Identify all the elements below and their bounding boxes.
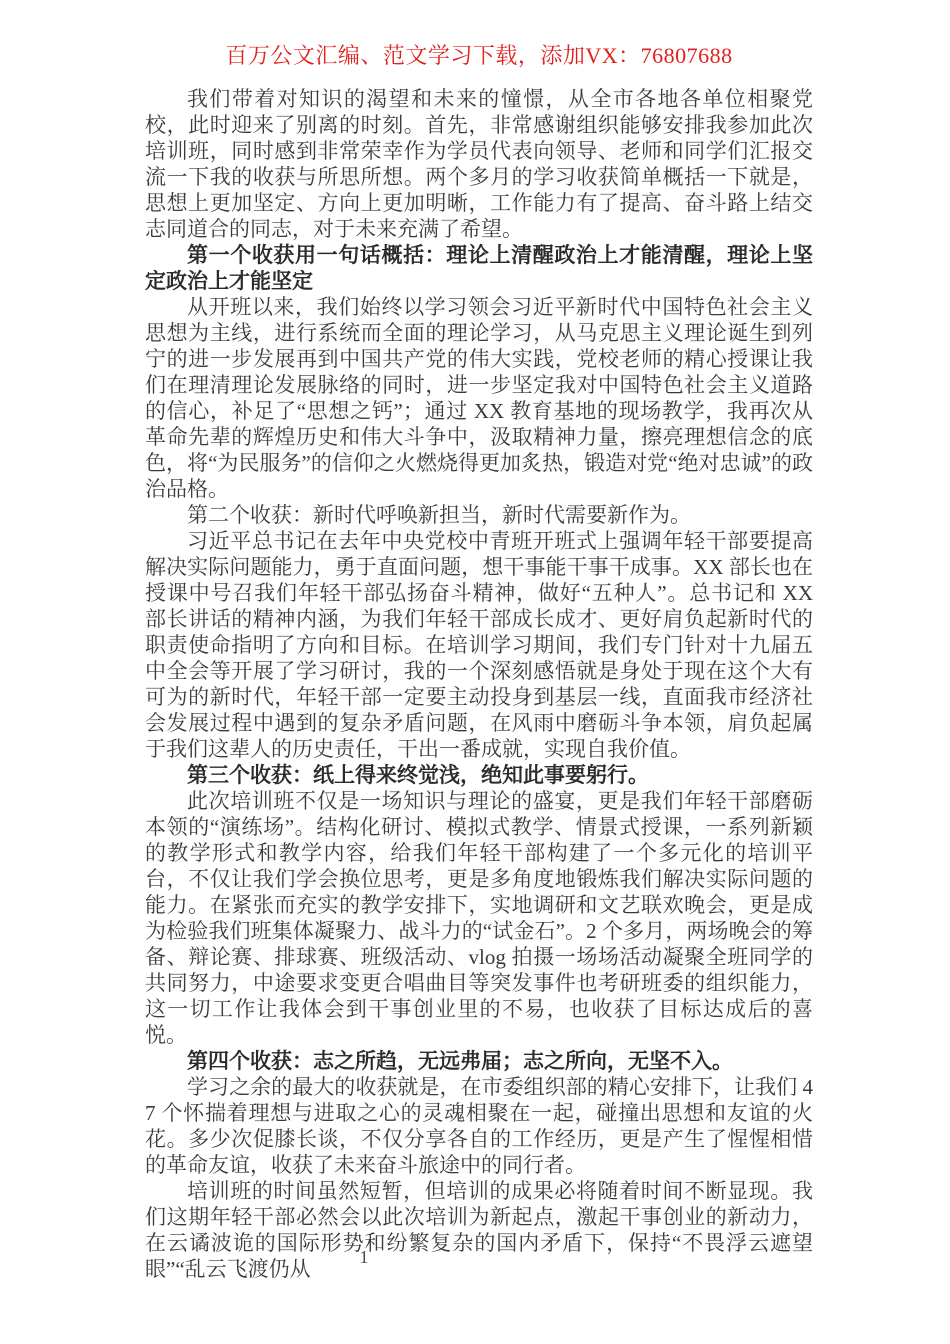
section-heading-first-gain: 第一个收获用一句话概括：理论上清醒政治上才能清醒，理论上坚定政治上才能坚定 (145, 242, 813, 294)
paragraph-theory-study: 从开班以来，我们始终以学习领会习近平新时代中国特色社会主义思想为主线，进行系统而… (145, 294, 813, 502)
paragraph-practice: 此次培训班不仅是一场知识与理论的盛宴，更是我们年轻干部磨砺本领的“演练场”。结构… (145, 788, 813, 1048)
paragraph-intro: 我们带着对知识的渴望和未来的憧憬，从全市各地各单位相聚党校，此时迎来了别离的时刻… (145, 86, 813, 242)
section-heading-fourth-gain: 第四个收获：志之所趋，无远弗届；志之所向，无坚不入。 (145, 1048, 813, 1074)
paragraph-responsibility: 习近平总书记在去年中央党校中青班开班式上强调年轻干部要提高解决实际问题能力，勇于… (145, 528, 813, 762)
section-line-second-gain: 第二个收获：新时代呼唤新担当，新时代需要新作为。 (145, 502, 813, 528)
section-heading-third-gain: 第三个收获：纸上得来终觉浅，绝知此事要躬行。 (145, 762, 813, 788)
document-content: 百万公文汇编、范文学习下载，添加VX：76807688 我们带着对知识的渴望和未… (145, 42, 813, 1282)
document-page: 百万公文汇编、范文学习下载，添加VX：76807688 我们带着对知识的渴望和未… (0, 0, 950, 1344)
paragraph-closing: 培训班的时间虽然短暂，但培训的成果必将随着时间不断显现。我们这期年轻干部必然会以… (145, 1178, 813, 1282)
promo-watermark-header: 百万公文汇编、范文学习下载，添加VX：76807688 (145, 42, 813, 70)
page-number: 1 (352, 1246, 376, 1268)
paragraph-friendship: 学习之余的最大的收获就是，在市委组织部的精心安排下，让我们 47 个怀揣着理想与… (145, 1074, 813, 1178)
